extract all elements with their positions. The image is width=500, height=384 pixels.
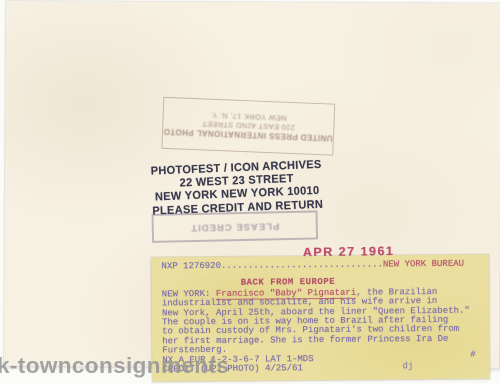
please-credit-box-stamp: PLEASE CREDIT [151, 210, 318, 242]
leader-dots: .............................. [221, 259, 383, 270]
bureau-label: NEW YORK BUREAU [383, 259, 464, 270]
caption-reference-line: NXP 1276920.............................… [162, 260, 481, 272]
seller-watermark: k-townconsignments [0, 353, 229, 379]
photo-scan: UNITED PRESS INTERNATIONAL PHOTO 220 EAS… [0, 0, 500, 384]
photo-ref-number: NXP 1276920 [161, 261, 221, 272]
editor-initials: dj [402, 362, 413, 372]
upi-address-stamp: UNITED PRESS INTERNATIONAL PHOTO 220 EAS… [161, 97, 335, 156]
please-credit-stamp-text: PLEASE CREDIT [190, 220, 279, 233]
photofest-archive-stamp: PHOTOFEST / ICON ARCHIVES 22 WEST 23 STR… [116, 157, 358, 219]
hash-mark: # [470, 351, 475, 360]
